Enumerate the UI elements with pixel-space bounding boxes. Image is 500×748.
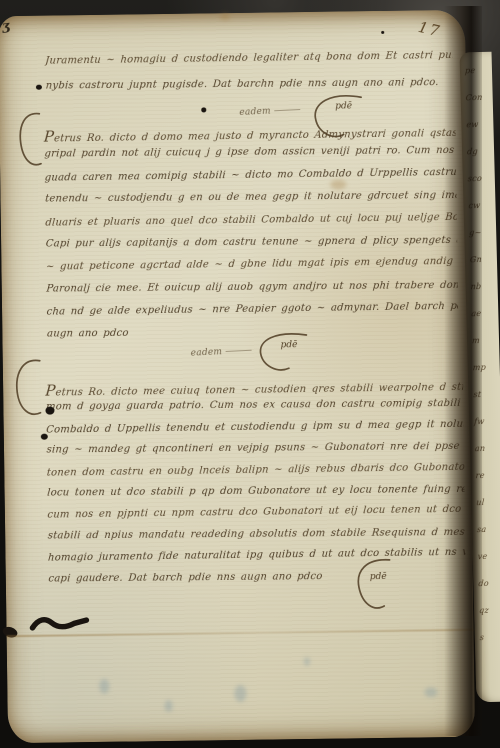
stain	[220, 13, 230, 20]
stain	[165, 700, 173, 712]
adjacent-page-text-fragment: Gn	[470, 255, 483, 264]
paragraph-end-mark: pdē	[254, 330, 313, 373]
c-bracket-icon	[254, 330, 313, 373]
adjacent-page-text-fragment: qz	[479, 606, 490, 615]
adjacent-page-text-fragment: dg	[467, 147, 478, 156]
folio-number: 17	[416, 18, 443, 41]
adjacent-page-text-fragment: Con	[465, 93, 483, 102]
adjacent-page-text-fragment: ul	[476, 498, 485, 507]
ink-blot	[381, 31, 384, 34]
margin-bracket-icon	[17, 110, 42, 172]
abbreviation-label: pdē	[370, 572, 387, 582]
adjacent-page-text-fragment: cw	[468, 201, 481, 210]
paragraph-entry: Petrus Ro. dicto d domo mea justo d myra…	[44, 122, 459, 352]
adjacent-page-text-fragment: m	[472, 336, 481, 345]
adjacent-page-text-fragment: ae	[471, 309, 482, 318]
stain	[99, 679, 109, 694]
adjacent-page-text-fragment: mp	[472, 363, 486, 372]
adjacent-page-text-fragment: g~	[469, 228, 482, 237]
handwritten-text-line: nybis castroru jupnt pugisde. Dat barchn…	[45, 77, 454, 107]
entry-end-mark: pdē	[354, 556, 395, 613]
adjacent-page-text-fragment: ve	[477, 552, 487, 561]
abbreviation-label: pdē	[281, 340, 298, 350]
manuscript-page: ʒ 17 Juramentu ~ homagiu d custodiendo l…	[0, 10, 475, 743]
adjacent-page-text-fragment: ew	[466, 120, 479, 129]
paragraph-closing-clause: Juramentu ~ homagiu d custodiendo legali…	[45, 50, 454, 108]
ink-blot	[36, 85, 42, 90]
adjacent-page-text-fragment: an	[475, 444, 486, 453]
quire-mark: ʒ	[1, 19, 10, 35]
paragraph-entry: Petrus Ro. dicto mee cuiuq tonen ~ custo…	[45, 376, 466, 596]
stain	[234, 685, 246, 702]
adjacent-page-text-fragment: nb	[470, 282, 481, 291]
adjacent-page-text-fragment: pe	[465, 66, 476, 75]
c-bracket-icon	[354, 556, 395, 613]
stain	[424, 687, 437, 697]
adjacent-page-text-fragment: re	[475, 471, 485, 480]
abbreviation-label: pdē	[335, 101, 352, 111]
photograph-of-open-register: ʒ 17 Juramentu ~ homagiu d custodiendo l…	[0, 0, 500, 748]
divider-word: eadem	[190, 346, 251, 359]
adjacent-page-text-fragment: sa	[477, 525, 487, 534]
adjacent-page-text-fragment: st	[473, 390, 482, 399]
adjacent-page-text-fragment: do	[478, 579, 489, 588]
stain	[304, 657, 310, 666]
adjacent-page-text-fragment: sco	[467, 174, 482, 183]
handwritten-text-line: augn ano pdco	[46, 324, 459, 350]
divider-word: eadem	[239, 105, 300, 118]
handwritten-text-line: capi gaudere. Dat barch pdie nns augn an…	[47, 569, 466, 594]
margin-bracket-icon	[14, 356, 43, 422]
adjacent-page-text-fragment: s	[479, 633, 484, 642]
ink-blot	[201, 107, 206, 112]
adjacent-page-text-fragment: fw	[474, 417, 485, 426]
